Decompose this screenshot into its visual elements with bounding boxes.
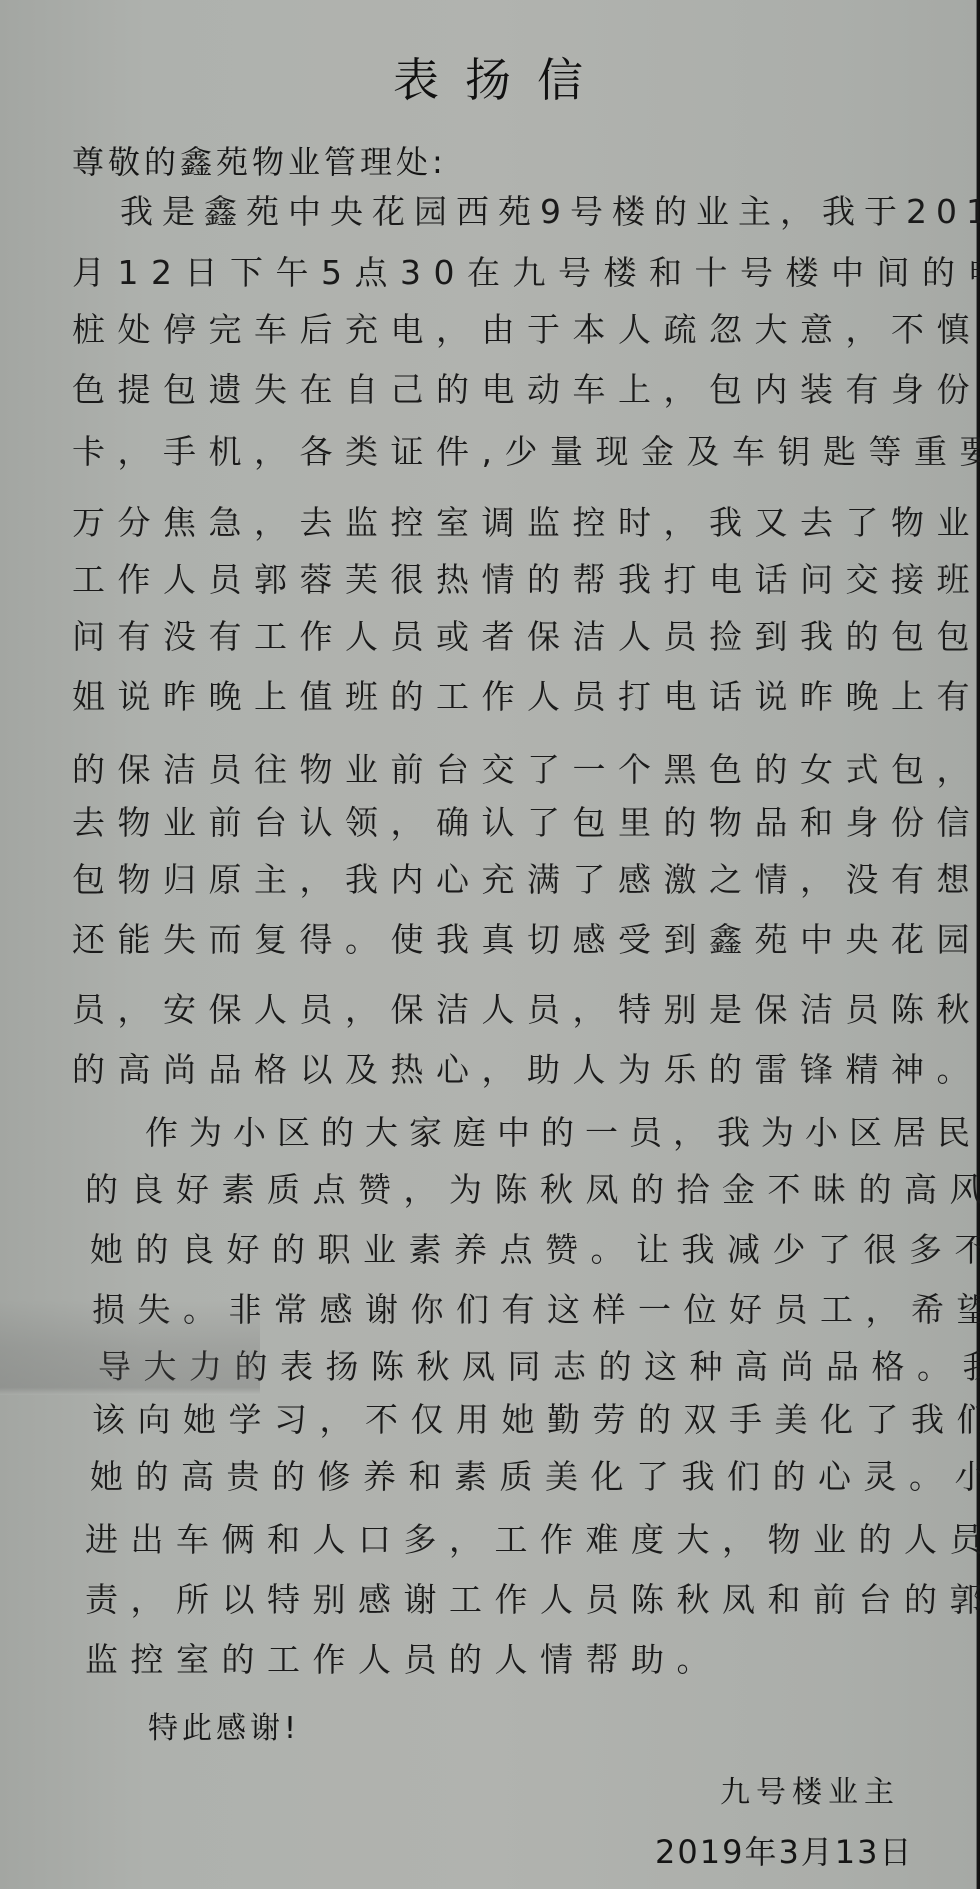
body-line: 的良好素质点赞，为陈秋凤的拾金不昧的高风亮节点赞。为: [85, 1170, 980, 1210]
salutation: 尊敬的鑫苑物业管理处:: [72, 137, 447, 183]
letter-date: 2019年3月13日: [655, 1827, 914, 1873]
letter-page: 表扬信 尊敬的鑫苑物业管理处: 我是鑫苑中央花园西苑9号楼的业主，我于2019年…: [0, 0, 976, 1889]
body-line: 损失。非常感谢你们有这样一位好员工，希望物业公司的领: [92, 1290, 980, 1330]
body-line: 色提包遗失在自己的电动车上，包内装有身份证，银行信用: [72, 370, 980, 410]
body-line: 进出车俩和人口多，工作难度大，物业的人员都工作认真负: [85, 1520, 980, 1560]
body-line: 包物归原主，我内心充满了感激之情，没有想到丢失的东西: [72, 860, 980, 900]
body-line: 去物业前台认领，确认了包里的物品和身份信息后，郭姐把: [72, 803, 980, 843]
body-line: 她的良好的职业素养点赞。让我减少了很多不必要的麻烦和: [90, 1230, 980, 1270]
body-line: 监控室的工作人员的人情帮助。: [85, 1640, 722, 1680]
closing-text: 特此感谢!: [148, 1703, 300, 1747]
signer: 九号楼业主: [720, 1767, 900, 1811]
body-line: 责，所以特别感谢工作人员陈秋凤和前台的郭蓉芙以及两个: [85, 1580, 980, 1620]
body-line: 问有没有工作人员或者保洁人员捡到我的包包。过了一会郭: [72, 617, 980, 657]
body-line: 员，安保人员，保洁人员，特别是保洁员陈秋凤的拾金不昧: [72, 990, 980, 1030]
body-line: 的高尚品格以及热心，助人为乐的雷锋精神。: [72, 1050, 980, 1090]
body-line: 万分焦急，去监控室调监控时，我又去了物业管理处询问时，: [72, 503, 980, 543]
body-line: 作为小区的大家庭中的一员，我为小区居民和物业人员: [145, 1113, 980, 1153]
body-line: 卡，手机，各类证件,少量现金及车钥匙等重要物件。正当我: [72, 432, 980, 472]
body-line: 工作人员郭蓉芙很热情的帮我打电话问交接班时的同事，询: [72, 560, 980, 600]
body-line: 她的高贵的修养和素质美化了我们的心灵。小区人口密集，: [90, 1457, 980, 1497]
body-line: 导大力的表扬陈秋凤同志的这种高尚品格。我们每个人都应: [98, 1347, 980, 1387]
body-line: 我是鑫苑中央花园西苑9号楼的业主，我于2019年3: [120, 192, 980, 232]
body-line: 月12日下午5点30在九号楼和十号楼中间的电动车充电: [72, 253, 980, 293]
body-line: 该向她学习，不仅用她勤劳的双手美化了我们的家园，还用: [92, 1400, 980, 1440]
letter-title: 表扬信: [0, 44, 976, 110]
body-line: 还能失而复得。使我真切感受到鑫苑中央花园的小区物业人: [72, 920, 980, 960]
body-line: 桩处停完车后充电，由于本人疏忽大意，不慎将一个女士黑: [72, 310, 980, 350]
body-line: 的保洁员往物业前台交了一个黑色的女式包，我听到后立即: [72, 750, 980, 790]
body-line: 姐说昨晚上值班的工作人员打电话说昨晚上有个叫陈秋凤: [72, 677, 980, 717]
